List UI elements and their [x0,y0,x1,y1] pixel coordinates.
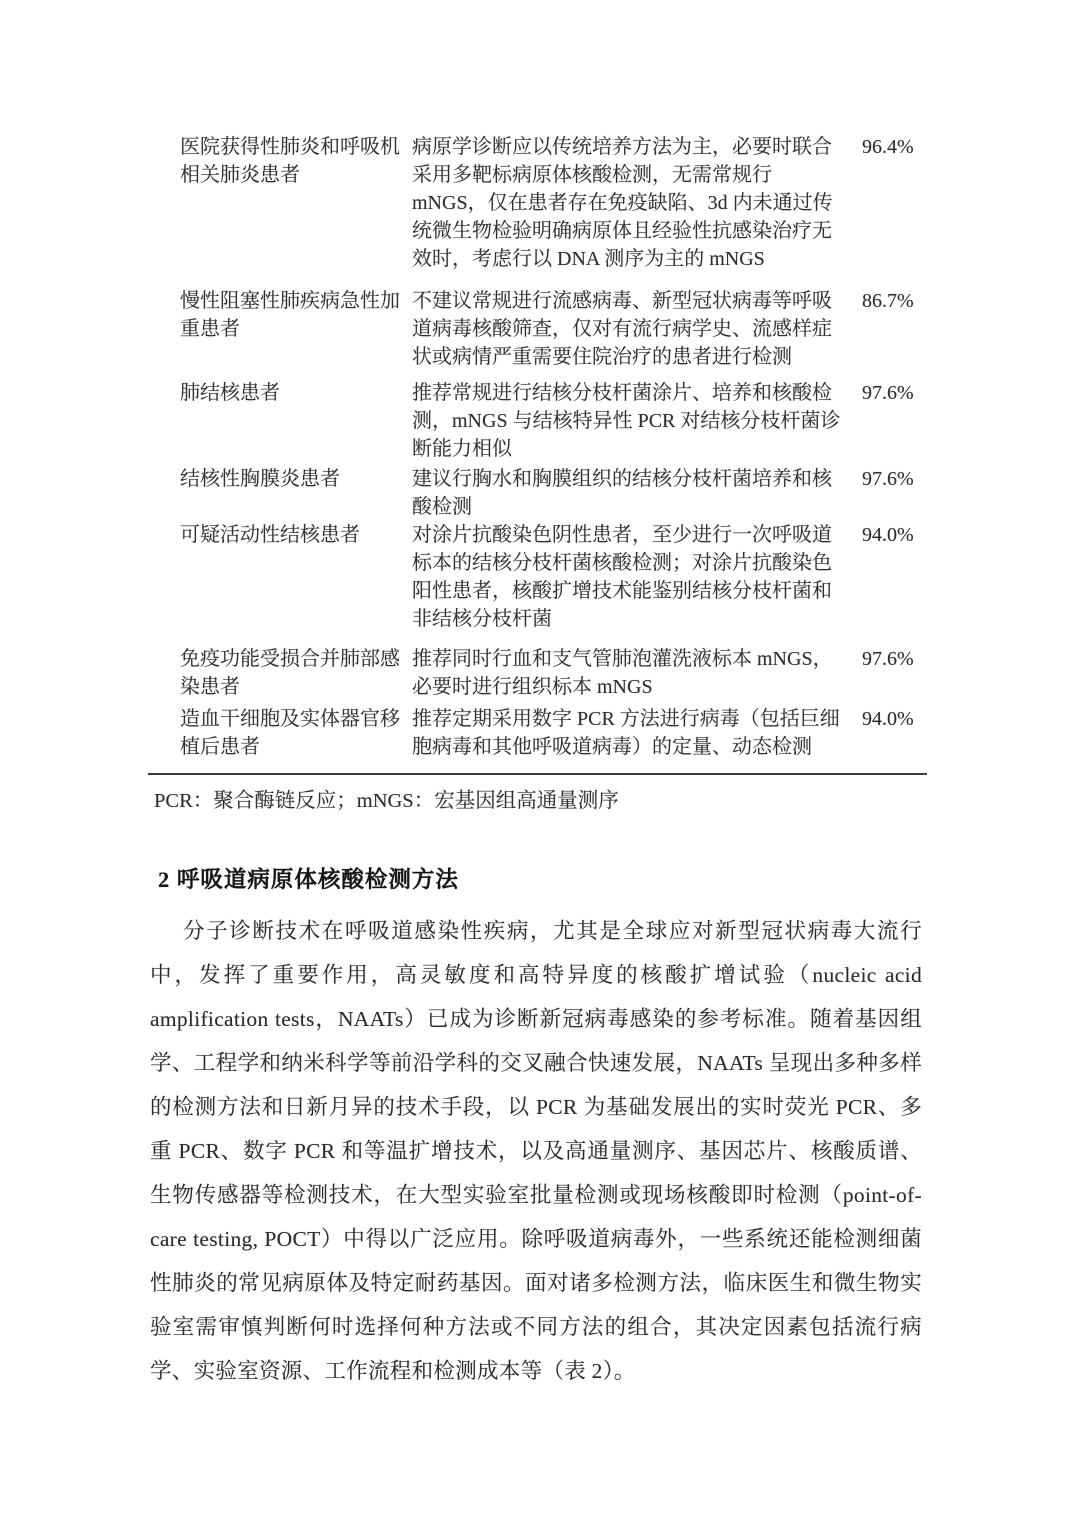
recommendation-cell: 不建议常规进行流感病毒、新型冠状病毒等呼吸道病毒核酸筛查，仅对有流行病学史、流感… [412,287,862,371]
agreement-rate: 97.6% [862,465,927,521]
recommendation-cell: 推荐同时行血和支气管肺泡灌洗液标本 mNGS，必要时进行组织标本 mNGS [412,645,862,701]
patient-group-cell: 造血干细胞及实体器官移植后患者 [180,705,412,761]
recommendation-cell: 推荐常规进行结核分枝杆菌涂片、培养和核酸检测，mNGS 与结核特异性 PCR 对… [412,379,862,463]
table-row: 医院获得性肺炎和呼吸机相关肺炎患者 病原学诊断应以传统培养方法为主，必要时联合采… [148,133,927,273]
table-bottom-rule [148,773,927,775]
agreement-rate: 96.4% [862,133,927,273]
table-row: 造血干细胞及实体器官移植后患者 推荐定期采用数字 PCR 方法进行病毒（包括巨细… [148,705,927,761]
patient-group-cell: 结核性胸膜炎患者 [180,465,412,521]
table-row: 可疑活动性结核患者 对涂片抗酸染色阴性患者，至少进行一次呼吸道标本的结核分枝杆菌… [148,521,927,633]
section-heading: 2 呼吸道病原体核酸检测方法 [158,865,927,895]
agreement-rate: 97.6% [862,645,927,701]
document-page: 医院获得性肺炎和呼吸机相关肺炎患者 病原学诊断应以传统培养方法为主，必要时联合采… [0,0,1080,1527]
patient-group-cell: 免疫功能受损合并肺部感染患者 [180,645,412,701]
table-footnote: PCR：聚合酶链反应；mNGS：宏基因组高通量测序 [154,787,927,815]
patient-group-cell: 肺结核患者 [180,379,412,463]
recommendations-table: 医院获得性肺炎和呼吸机相关肺炎患者 病原学诊断应以传统培养方法为主，必要时联合采… [148,0,927,775]
section-paragraph: 分子诊断技术在呼吸道感染性疾病，尤其是全球应对新型冠状病毒大流行中，发挥了重要作… [150,909,922,1393]
agreement-rate: 86.7% [862,287,927,371]
recommendation-cell: 病原学诊断应以传统培养方法为主，必要时联合采用多靶标病原体核酸检测，无需常规行 … [412,133,862,273]
patient-group-cell: 医院获得性肺炎和呼吸机相关肺炎患者 [180,133,412,273]
table-row: 肺结核患者 推荐常规进行结核分枝杆菌涂片、培养和核酸检测，mNGS 与结核特异性… [148,379,927,463]
recommendation-cell: 推荐定期采用数字 PCR 方法进行病毒（包括巨细胞病毒和其他呼吸道病毒）的定量、… [412,705,862,761]
table-row: 免疫功能受损合并肺部感染患者 推荐同时行血和支气管肺泡灌洗液标本 mNGS，必要… [148,645,927,701]
agreement-rate: 94.0% [862,521,927,633]
patient-group-cell: 慢性阻塞性肺疾病急性加重患者 [180,287,412,371]
agreement-rate: 94.0% [862,705,927,761]
page-content: 医院获得性肺炎和呼吸机相关肺炎患者 病原学诊断应以传统培养方法为主，必要时联合采… [148,0,927,1393]
recommendation-cell: 建议行胸水和胸膜组织的结核分枝杆菌培养和核酸检测 [412,465,862,521]
recommendation-cell: 对涂片抗酸染色阴性患者，至少进行一次呼吸道标本的结核分枝杆菌核酸检测；对涂片抗酸… [412,521,862,633]
patient-group-cell: 可疑活动性结核患者 [180,521,412,633]
table-row: 慢性阻塞性肺疾病急性加重患者 不建议常规进行流感病毒、新型冠状病毒等呼吸道病毒核… [148,287,927,371]
agreement-rate: 97.6% [862,379,927,463]
table-row: 结核性胸膜炎患者 建议行胸水和胸膜组织的结核分枝杆菌培养和核酸检测 97.6% [148,465,927,521]
